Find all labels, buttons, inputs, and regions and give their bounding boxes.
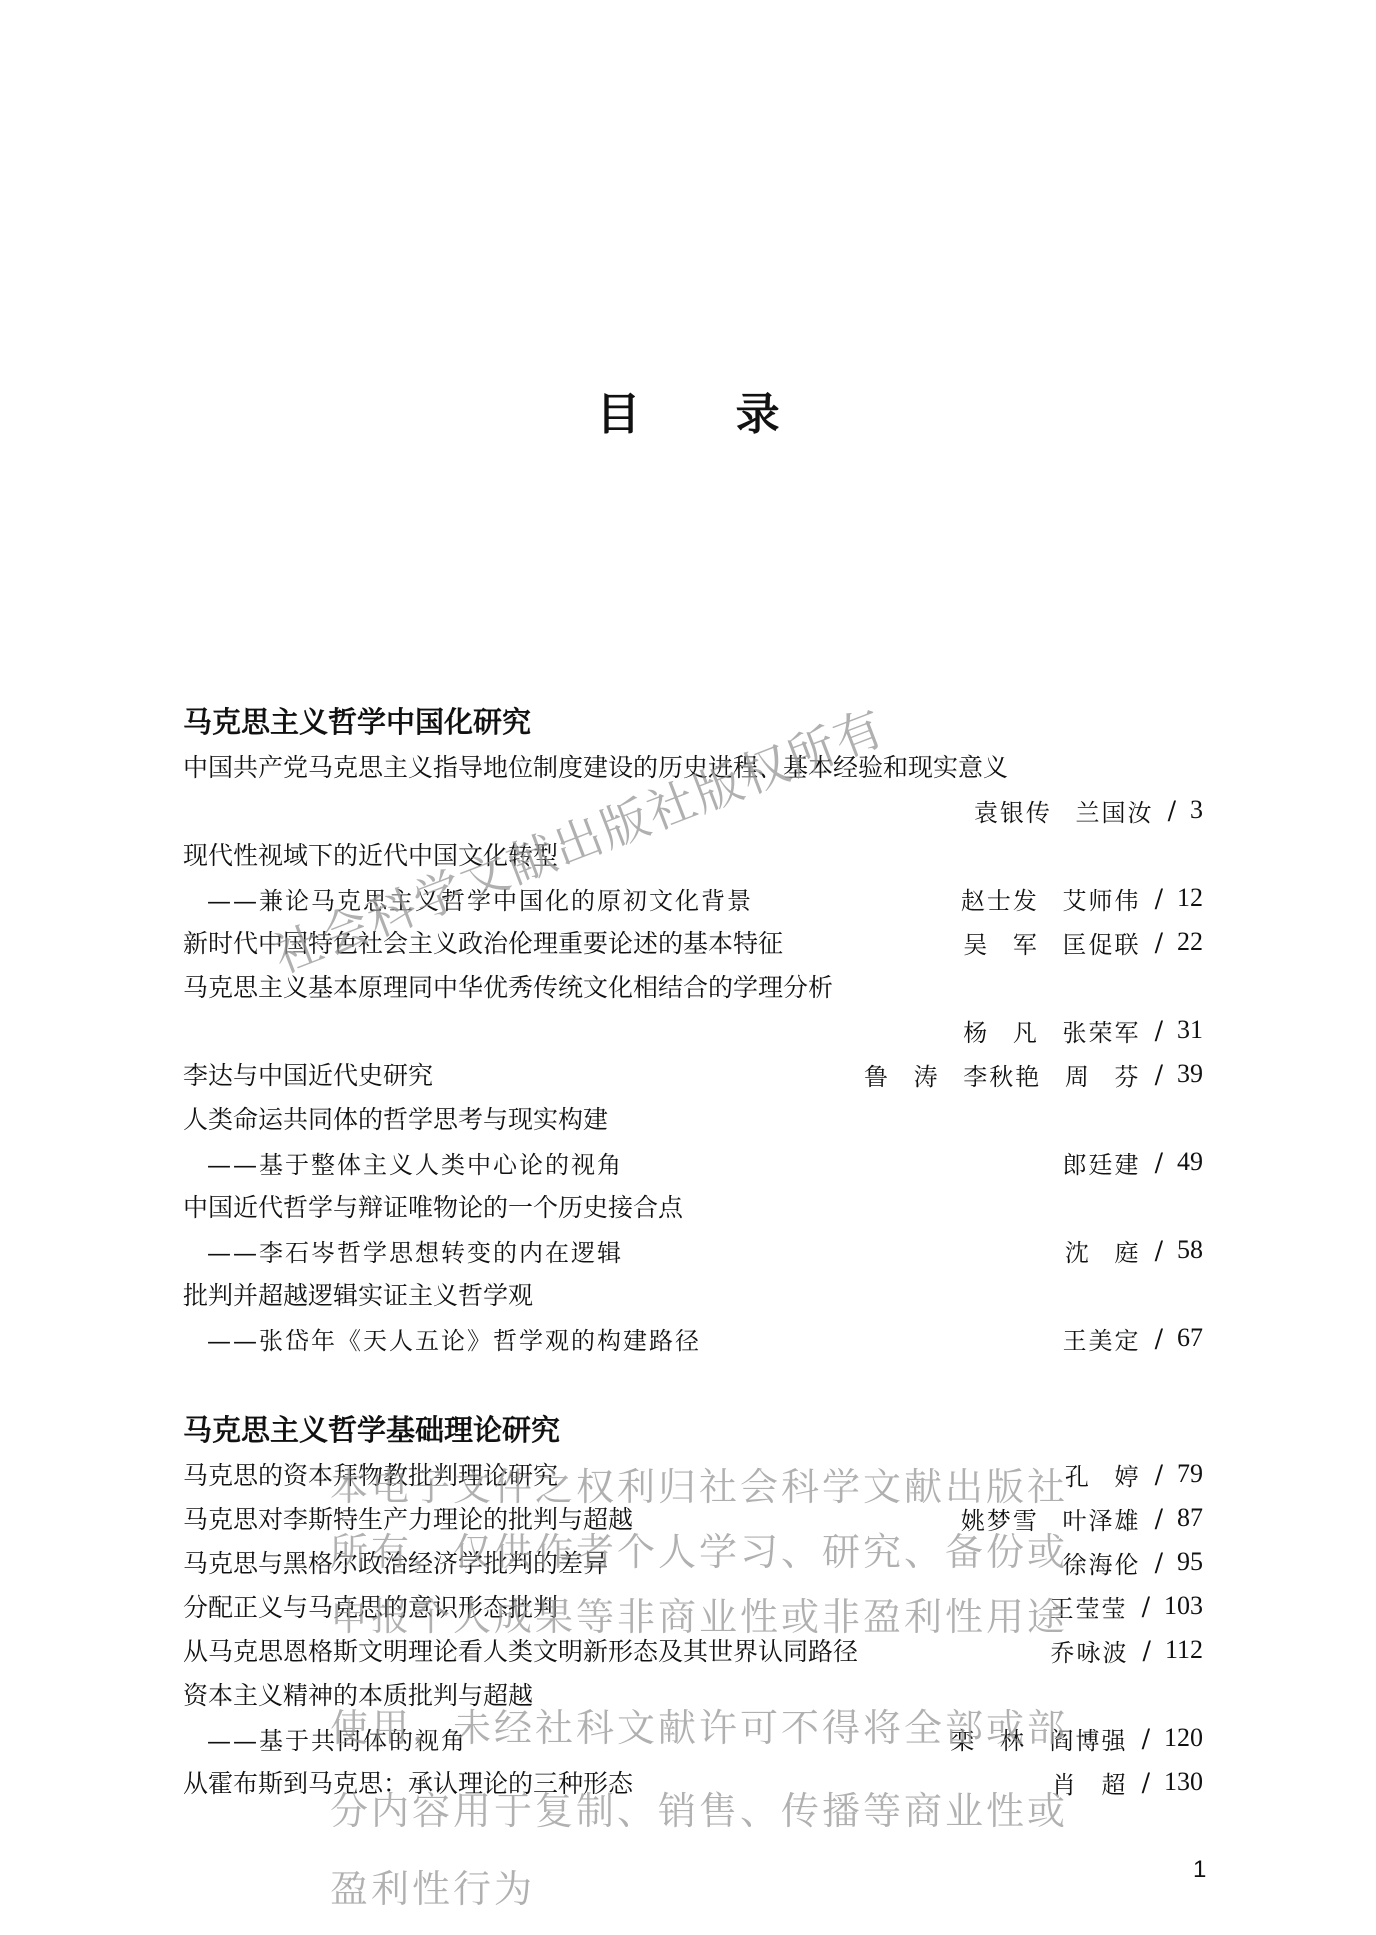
entry-authors: 栾 林 阎博强 [950,1721,1127,1756]
separator: / [1155,1324,1163,1353]
entry-subtitle: ——李石岑哲学思想转变的内在逻辑 [183,1233,1065,1268]
separator: / [1155,1236,1163,1265]
entry-title[interactable]: 现代性视域下的近代中国文化转型 [183,836,1203,872]
section-heading: 马克思主义哲学中国化研究 [183,700,531,741]
entry-authors: 王莹莹 [1050,1589,1128,1624]
entry-page[interactable]: 39 [1177,1059,1203,1089]
separator: / [1155,1148,1163,1177]
entry-title[interactable]: 马克思主义基本原理同中华优秀传统文化相结合的学理分析 [183,968,1203,1004]
entry-authors: 姚梦雪 叶泽雄 [961,1501,1141,1536]
toc-entry-meta: 杨 凡 张荣军 / 31 [183,1010,1203,1050]
toc-entry-title[interactable]: 资本主义精神的本质批判与超越 [183,1674,1203,1714]
entry-title[interactable]: 马克思对李斯特生产力理论的批判与超越 [183,1500,961,1536]
toc-entry-subtitle: ——基于整体主义人类中心论的视角 郎廷建 / 49 [183,1142,1203,1182]
toc-entry[interactable]: 分配正义与马克思的意识形态批判 王莹莹 / 103 [183,1586,1203,1626]
separator: / [1168,796,1176,825]
entry-authors: 孔 婷 [1065,1457,1141,1492]
separator: / [1155,1060,1163,1089]
toc-entry[interactable]: 马克思的资本拜物教批判理论研究 孔 婷 / 79 [183,1454,1203,1494]
toc-entry-title[interactable]: 中国共产党马克思主义指导地位制度建设的历史进程、基本经验和现实意义 [183,746,1203,786]
entry-title[interactable]: 从马克思恩格斯文明理论看人类文明新形态及其世界认同路径 [183,1632,1051,1668]
section-heading: 马克思主义哲学基础理论研究 [183,1408,560,1449]
toc-entry[interactable]: 从马克思恩格斯文明理论看人类文明新形态及其世界认同路径 乔咏波 / 112 [183,1630,1203,1670]
entry-title[interactable]: 李达与中国近代史研究 [183,1056,864,1092]
toc-entry[interactable]: 马克思与黑格尔政治经济学批判的差异 徐海伦 / 95 [183,1542,1203,1582]
copyright-watermark-line: 盈利性行为 [330,1858,535,1913]
toc-entry-title[interactable]: 现代性视域下的近代中国文化转型 [183,834,1203,874]
entry-page[interactable]: 67 [1177,1323,1203,1353]
toc-entry-subtitle: ——基于共同体的视角 栾 林 阎博强 / 120 [183,1718,1203,1758]
entry-authors: 杨 凡 张荣军 [963,1013,1140,1048]
entry-subtitle: ——兼论马克思主义哲学中国化的原初文化背景 [183,881,961,916]
entry-page[interactable]: 95 [1177,1547,1203,1577]
entry-page[interactable]: 49 [1177,1147,1203,1177]
separator: / [1155,884,1163,913]
entry-authors: 王美定 [1063,1321,1141,1356]
entry-page[interactable]: 22 [1177,927,1203,957]
entry-authors: 郎廷建 [1063,1145,1141,1180]
entry-authors: 肖 超 [1052,1765,1128,1800]
separator: / [1155,1460,1163,1489]
toc-entry-title[interactable]: 中国近代哲学与辩证唯物论的一个历史接合点 [183,1186,1203,1226]
entry-title[interactable]: 中国共产党马克思主义指导地位制度建设的历史进程、基本经验和现实意义 [183,748,1203,784]
toc-entry[interactable]: 新时代中国特色社会主义政治伦理重要论述的基本特征 吴 军 匡促联 / 22 [183,922,1203,962]
entry-title[interactable]: 从霍布斯到马克思：承认理论的三种形态 [183,1764,1052,1800]
entry-page[interactable]: 112 [1165,1635,1203,1665]
entry-subtitle: ——张岱年《天人五论》哲学观的构建路径 [183,1321,1063,1356]
entry-page[interactable]: 3 [1190,795,1203,825]
entry-page[interactable]: 58 [1177,1235,1203,1265]
separator: / [1142,1592,1150,1621]
entry-authors: 赵士发 艾师伟 [961,881,1141,916]
entry-subtitle: ——基于整体主义人类中心论的视角 [183,1145,1063,1180]
page-title: 目 录 [0,378,1376,442]
entry-authors: 徐海伦 [1063,1545,1141,1580]
entry-title[interactable]: 分配正义与马克思的意识形态批判 [183,1588,1050,1624]
entry-title[interactable]: 批判并超越逻辑实证主义哲学观 [183,1276,1203,1312]
entry-title[interactable]: 资本主义精神的本质批判与超越 [183,1676,1203,1712]
toc-entry-title[interactable]: 马克思主义基本原理同中华优秀传统文化相结合的学理分析 [183,966,1203,1006]
toc-entry-subtitle: ——兼论马克思主义哲学中国化的原初文化背景 赵士发 艾师伟 / 12 [183,878,1203,918]
separator: / [1142,1768,1150,1797]
entry-title[interactable]: 马克思的资本拜物教批判理论研究 [183,1456,1065,1492]
entry-page[interactable]: 12 [1177,883,1203,913]
entry-authors: 沈 庭 [1065,1233,1141,1268]
entry-page[interactable]: 87 [1177,1503,1203,1533]
entry-authors: 袁银传 兰国汝 [974,793,1154,828]
toc-entry-title[interactable]: 批判并超越逻辑实证主义哲学观 [183,1274,1203,1314]
toc-entry-subtitle: ——李石岑哲学思想转变的内在逻辑 沈 庭 / 58 [183,1230,1203,1270]
entry-authors: 鲁 涛 李秋艳 周 芬 [864,1057,1141,1092]
separator: / [1142,1724,1150,1753]
separator: / [1155,928,1163,957]
entry-page[interactable]: 120 [1164,1723,1203,1753]
toc-entry[interactable]: 马克思对李斯特生产力理论的批判与超越 姚梦雪 叶泽雄 / 87 [183,1498,1203,1538]
toc-entry-title[interactable]: 人类命运共同体的哲学思考与现实构建 [183,1098,1203,1138]
entry-title[interactable]: 中国近代哲学与辩证唯物论的一个历史接合点 [183,1188,1203,1224]
toc-entry[interactable]: 从霍布斯到马克思：承认理论的三种形态 肖 超 / 130 [183,1762,1203,1802]
separator: / [1155,1548,1163,1577]
entry-authors: 乔咏波 [1051,1633,1129,1668]
toc-entry[interactable]: 李达与中国近代史研究 鲁 涛 李秋艳 周 芬 / 39 [183,1054,1203,1094]
page-number: 1 [1193,1856,1206,1884]
separator: / [1143,1636,1151,1665]
entry-page[interactable]: 79 [1177,1459,1203,1489]
entry-title[interactable]: 马克思与黑格尔政治经济学批判的差异 [183,1544,1063,1580]
separator: / [1155,1504,1163,1533]
entry-page[interactable]: 130 [1164,1767,1203,1797]
entry-page[interactable]: 103 [1164,1591,1203,1621]
separator: / [1155,1016,1163,1045]
entry-page[interactable]: 31 [1177,1015,1203,1045]
entry-title[interactable]: 人类命运共同体的哲学思考与现实构建 [183,1100,1203,1136]
entry-title[interactable]: 新时代中国特色社会主义政治伦理重要论述的基本特征 [183,924,963,960]
entry-authors: 吴 军 匡促联 [963,925,1140,960]
toc-entry-meta: 袁银传 兰国汝 / 3 [183,790,1203,830]
entry-subtitle: ——基于共同体的视角 [183,1721,950,1756]
toc-entry-subtitle: ——张岱年《天人五论》哲学观的构建路径 王美定 / 67 [183,1318,1203,1358]
